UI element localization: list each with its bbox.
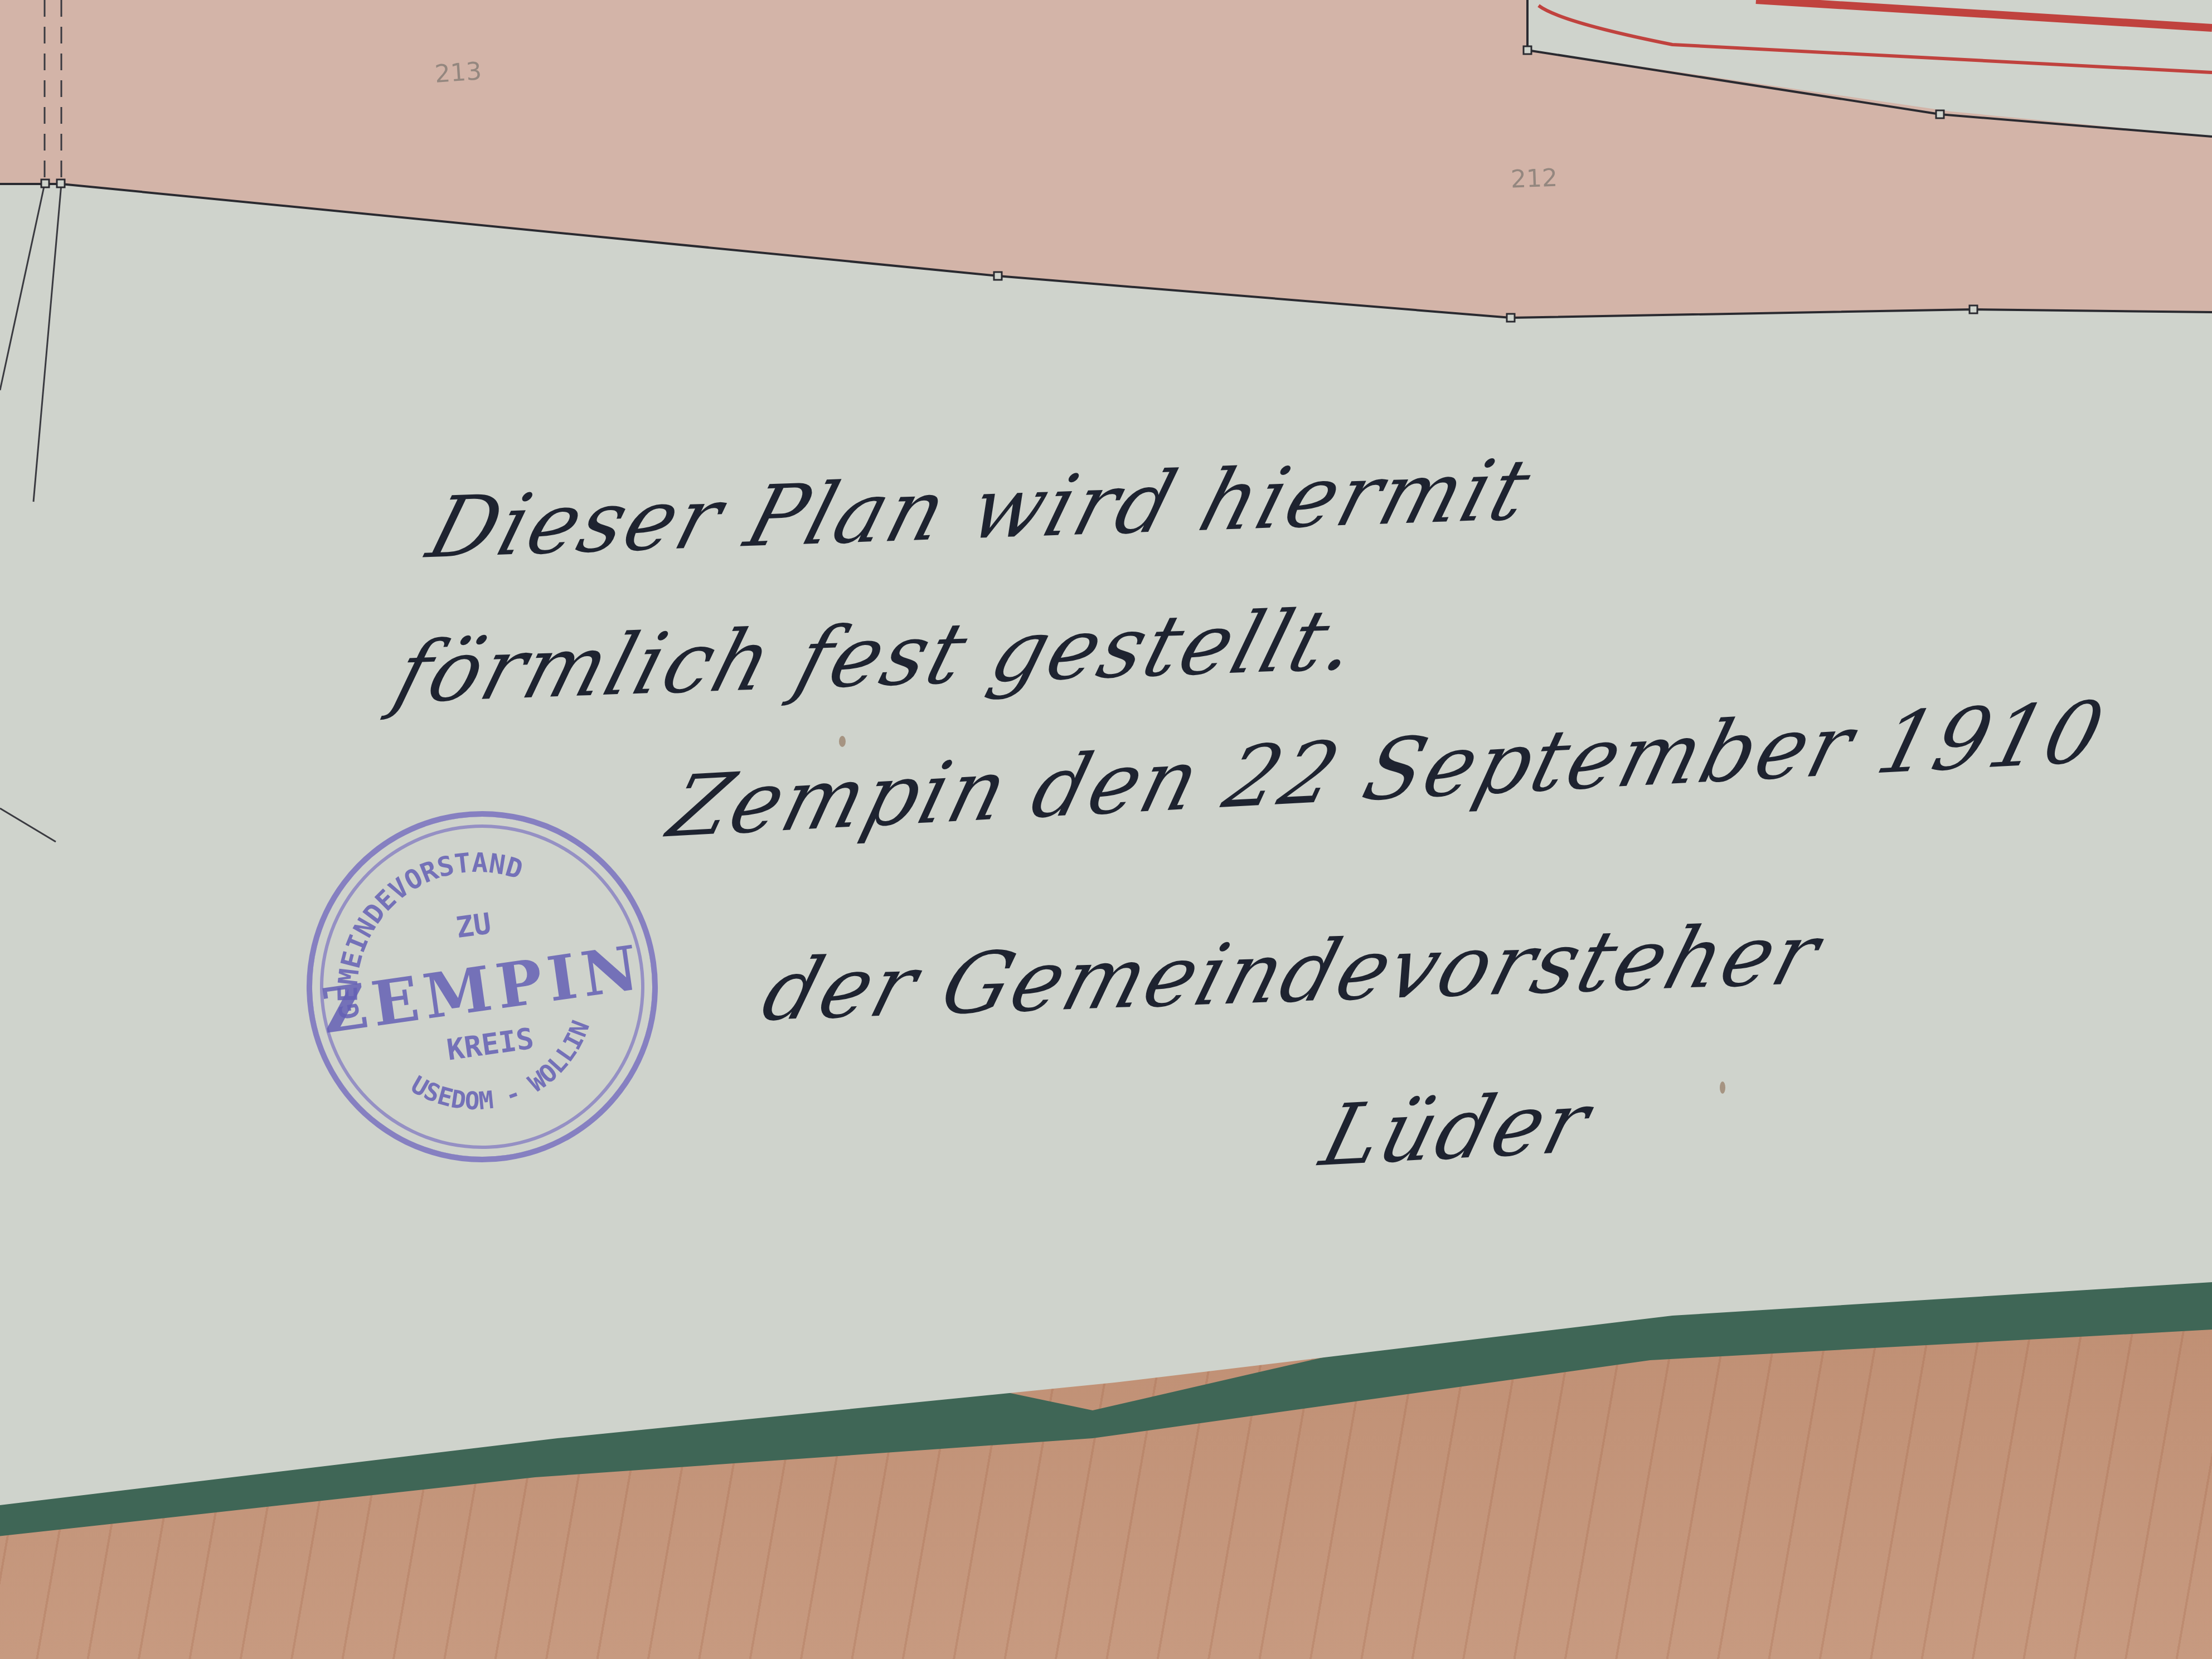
paper-stain bbox=[839, 736, 846, 747]
parcel-number-212: 212 bbox=[1510, 164, 1558, 194]
parcel-number-213: 213 bbox=[434, 57, 482, 89]
official-stamp: GEMEINDEVORSTAND USEDOM - WOLLIN ZU ZEMP… bbox=[284, 788, 681, 1185]
handwritten-signature: Lüder bbox=[1312, 1073, 1601, 1185]
paper-stain bbox=[1720, 1081, 1725, 1094]
